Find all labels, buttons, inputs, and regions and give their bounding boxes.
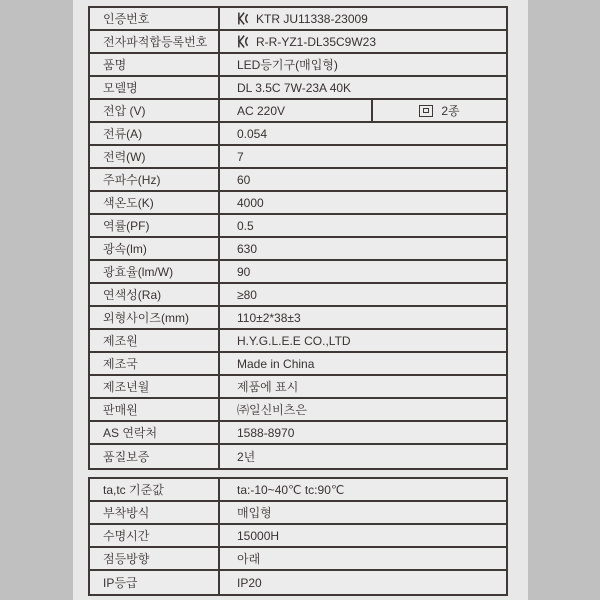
row-value: KTR JU11338-23009 — [220, 8, 506, 29]
row-value: H.Y.G.L.E.E CO.,LTD — [220, 330, 506, 351]
row-label: 전압 (V) — [90, 100, 220, 121]
table-row: 제조국 Made in China — [90, 353, 506, 376]
row-label: ta,tc 기준값 — [90, 479, 220, 500]
row-value: R-R-YZ1-DL35C9W23 — [220, 31, 506, 52]
table-row: 제조년월 제품에 표시 — [90, 376, 506, 399]
table-row: 광속(lm) 630 — [90, 238, 506, 261]
row-value: DL 3.5C 7W-23A 40K — [220, 77, 506, 98]
kc-certification-icon — [237, 35, 249, 48]
row-value: ≥80 — [220, 284, 506, 305]
row-label: 품질보증 — [90, 445, 220, 468]
row-label: 연색성(Ra) — [90, 284, 220, 305]
row-label: 제조원 — [90, 330, 220, 351]
row-label: 부착방식 — [90, 502, 220, 523]
insulation-class-text: 2종 — [441, 102, 459, 119]
row-value: 60 — [220, 169, 506, 190]
row-value: 0.5 — [220, 215, 506, 236]
row-value: IP20 — [220, 571, 506, 594]
row-label: 주파수(Hz) — [90, 169, 220, 190]
table-row: 외형사이즈(mm) 110±2*38±3 — [90, 307, 506, 330]
table-row: 품명 LED등기구(매입형) — [90, 54, 506, 77]
table-row: 전력(W) 7 — [90, 146, 506, 169]
table-row: 부착방식 매입형 — [90, 502, 506, 525]
table-row: IP등급 IP20 — [90, 571, 506, 594]
row-value: 2년 — [220, 445, 506, 468]
table-row: 점등방향 아래 — [90, 548, 506, 571]
row-label: 제조국 — [90, 353, 220, 374]
row-value: ㈜일신비츠은 — [220, 399, 506, 420]
table-row: 연색성(Ra) ≥80 — [90, 284, 506, 307]
row-label: 광속(lm) — [90, 238, 220, 259]
table-row: 품질보증 2년 — [90, 445, 506, 468]
insulation-class-cell: 2종 — [371, 100, 506, 121]
row-label: 모델명 — [90, 77, 220, 98]
table-row: 역률(PF) 0.5 — [90, 215, 506, 238]
row-value: 630 — [220, 238, 506, 259]
row-label: 수명시간 — [90, 525, 220, 546]
table-row: AS 연락처 1588-8970 — [90, 422, 506, 445]
row-value-text: KTR JU11338-23009 — [256, 12, 368, 26]
row-label: 인증번호 — [90, 8, 220, 29]
row-value: 4000 — [220, 192, 506, 213]
row-label: 전류(A) — [90, 123, 220, 144]
row-value: 0.054 — [220, 123, 506, 144]
row-value: 매입형 — [220, 502, 506, 523]
row-value: AC 220V 2종 — [220, 100, 506, 121]
row-label: 점등방향 — [90, 548, 220, 569]
row-value: 1588-8970 — [220, 422, 506, 443]
class-ii-double-square-icon — [419, 105, 433, 117]
table-row: 판매원 ㈜일신비츠은 — [90, 399, 506, 422]
row-label: 광효율(lm/W) — [90, 261, 220, 282]
thermal-spec-table: ta,tc 기준값 ta:-10~40℃ tc:90℃ 부착방식 매입형 수명시… — [88, 477, 508, 596]
product-spec-table: 인증번호 KTR JU11338-23009 전자파적합등록번호 R-R-YZ1… — [88, 6, 508, 470]
row-value: 90 — [220, 261, 506, 282]
row-value: 15000H — [220, 525, 506, 546]
table-row: 전류(A) 0.054 — [90, 123, 506, 146]
row-label: 품명 — [90, 54, 220, 75]
row-value: ta:-10~40℃ tc:90℃ — [220, 479, 506, 500]
row-value-text: AC 220V — [237, 104, 285, 118]
label-sheet: 인증번호 KTR JU11338-23009 전자파적합등록번호 R-R-YZ1… — [73, 0, 528, 600]
row-value: LED등기구(매입형) — [220, 54, 506, 75]
table-row: 전자파적합등록번호 R-R-YZ1-DL35C9W23 — [90, 31, 506, 54]
table-row: 광효율(lm/W) 90 — [90, 261, 506, 284]
row-value: 아래 — [220, 548, 506, 569]
row-label: 색온도(K) — [90, 192, 220, 213]
row-value: 110±2*38±3 — [220, 307, 506, 328]
row-label: 판매원 — [90, 399, 220, 420]
row-label: 전자파적합등록번호 — [90, 31, 220, 52]
table-row: 주파수(Hz) 60 — [90, 169, 506, 192]
row-label: 전력(W) — [90, 146, 220, 167]
row-label: AS 연락처 — [90, 422, 220, 443]
row-label: IP등급 — [90, 571, 220, 594]
table-row: ta,tc 기준값 ta:-10~40℃ tc:90℃ — [90, 479, 506, 502]
table-row: 색온도(K) 4000 — [90, 192, 506, 215]
table-row: 모델명 DL 3.5C 7W-23A 40K — [90, 77, 506, 100]
row-value: 제품에 표시 — [220, 376, 506, 397]
row-label: 역률(PF) — [90, 215, 220, 236]
table-row: 인증번호 KTR JU11338-23009 — [90, 8, 506, 31]
row-value: Made in China — [220, 353, 506, 374]
row-label: 제조년월 — [90, 376, 220, 397]
table-row: 수명시간 15000H — [90, 525, 506, 548]
table-row-voltage: 전압 (V) AC 220V 2종 — [90, 100, 506, 123]
row-value-text: R-R-YZ1-DL35C9W23 — [256, 35, 376, 49]
kc-certification-icon — [237, 12, 249, 25]
row-label: 외형사이즈(mm) — [90, 307, 220, 328]
table-row: 제조원 H.Y.G.L.E.E CO.,LTD — [90, 330, 506, 353]
row-value: 7 — [220, 146, 506, 167]
